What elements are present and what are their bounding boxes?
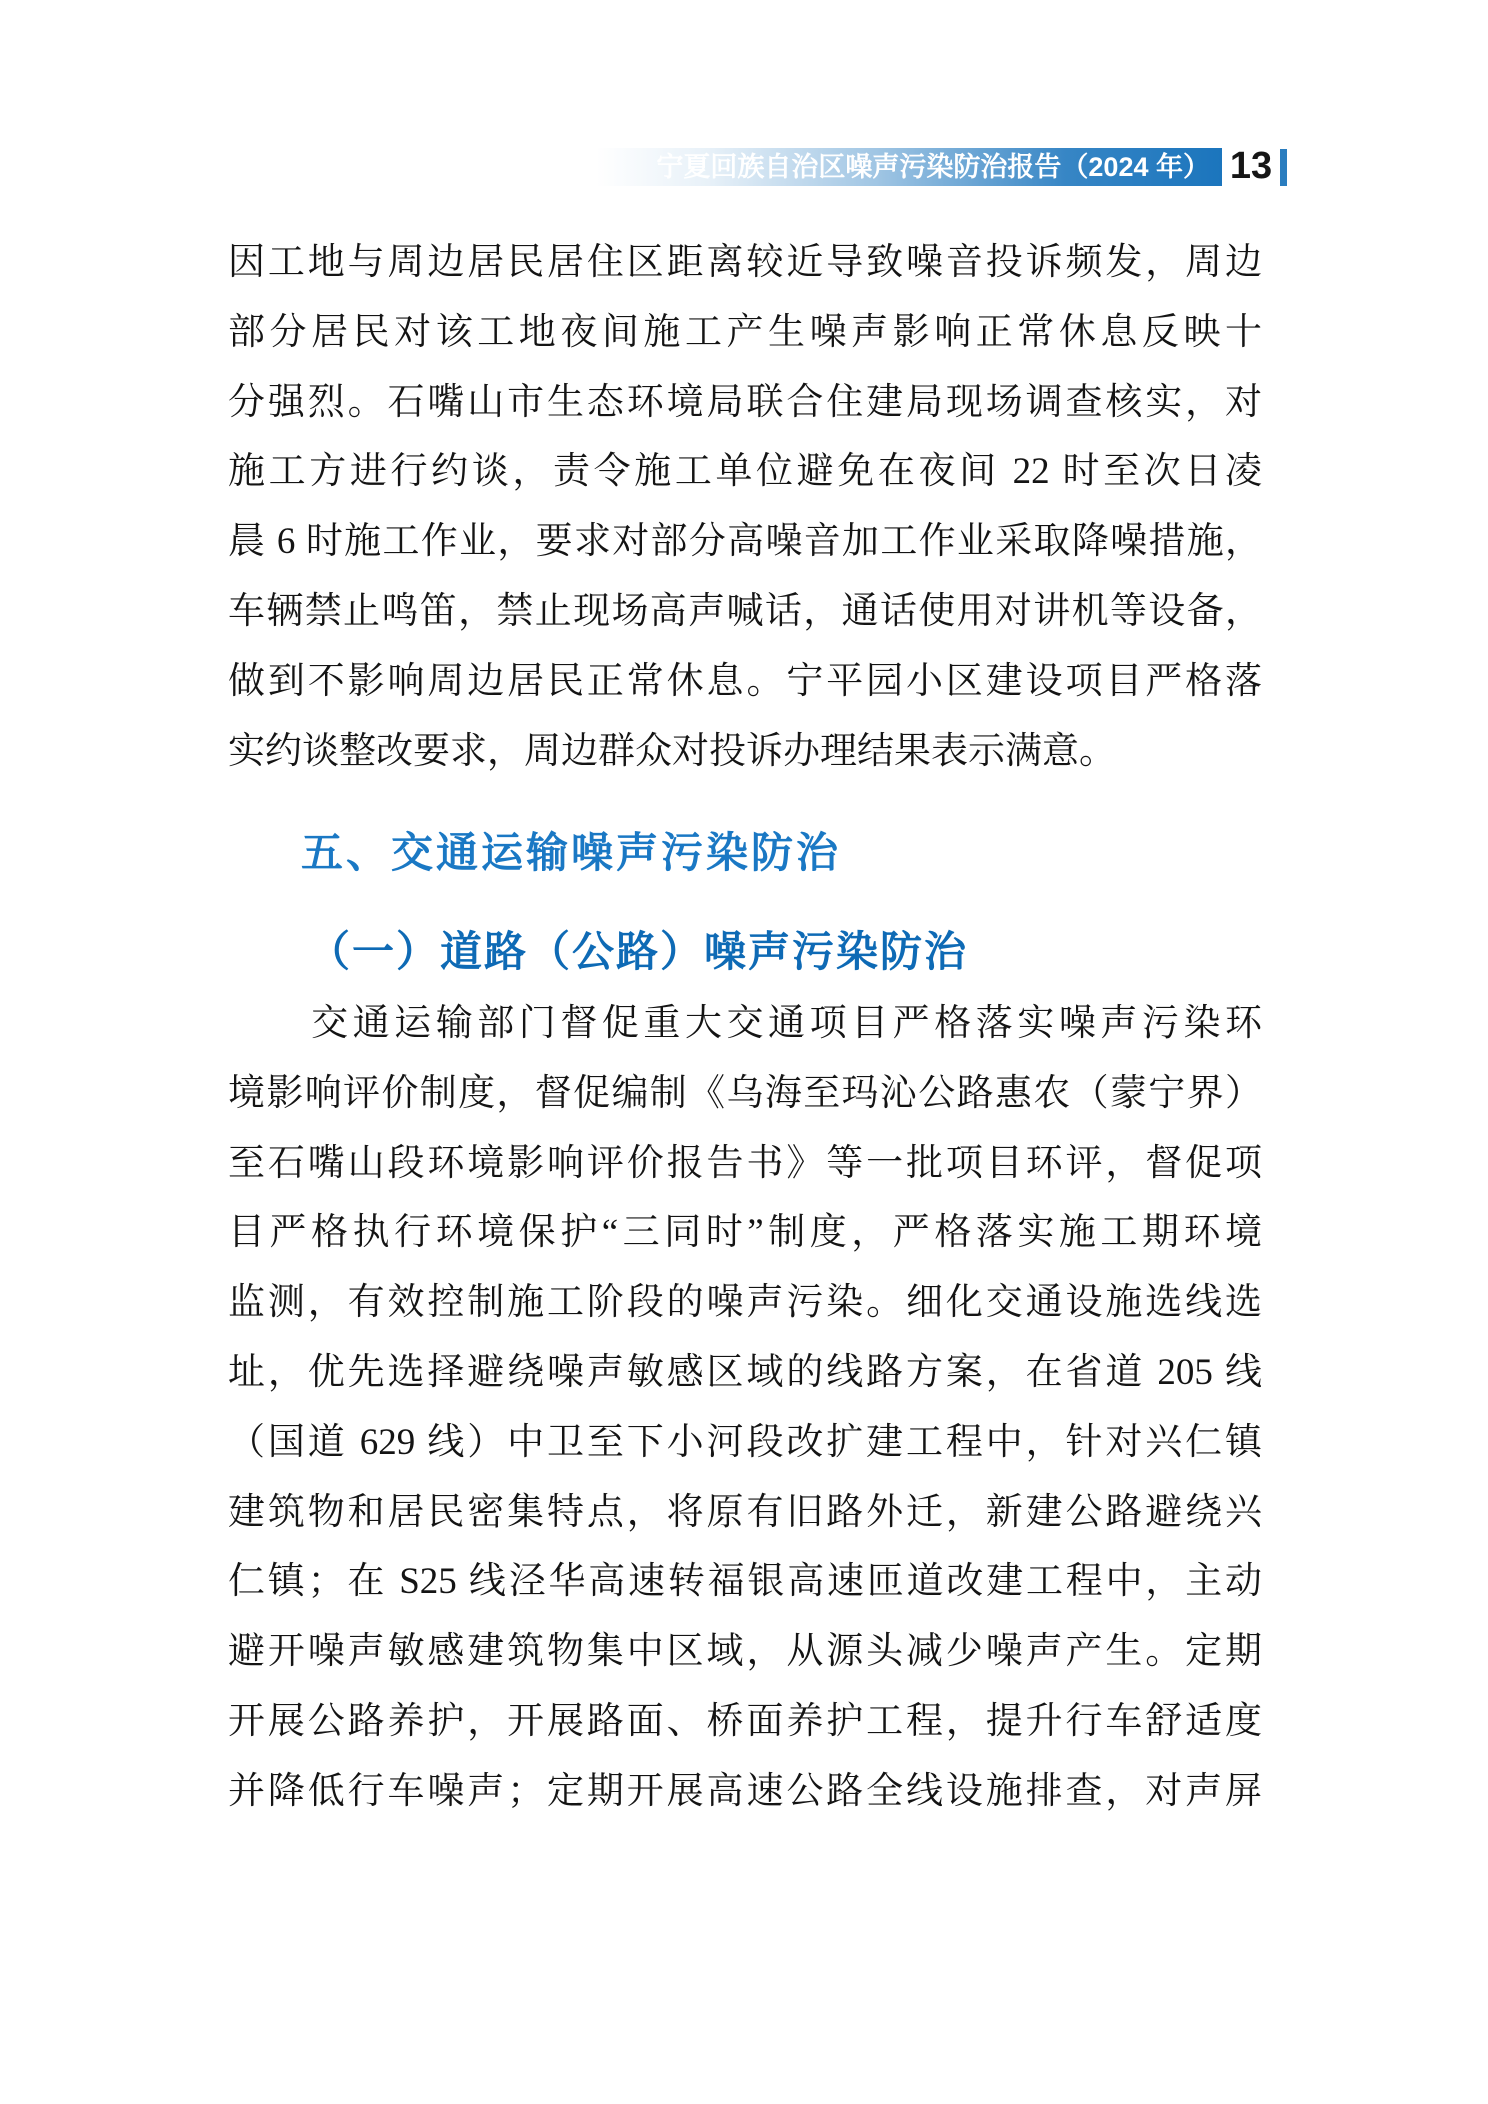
text-line: 实约谈整改要求，周边群众对投诉办理结果表示满意。 xyxy=(228,717,1262,787)
header-accent-rule xyxy=(1280,149,1287,186)
text-line: 避开噪声敏感建筑物集中区域，从源头减少噪声产生。定期 xyxy=(228,1617,1262,1687)
header-title-bar: 宁夏回族自治区噪声污染防治报告（2024 年） xyxy=(596,148,1222,186)
document-page: 宁夏回族自治区噪声污染防治报告（2024 年） 13 因工地与周边居民居住区距离… xyxy=(0,0,1488,2104)
text-line: 并降低行车噪声；定期开展高速公路全线设施排查，对声屏 xyxy=(228,1757,1262,1827)
text-line: 施工方进行约谈，责令施工单位避免在夜间 22 时至次日凌 xyxy=(228,437,1262,507)
text-line: 境影响评价制度，督促编制《乌海至玛沁公路惠农（蒙宁界） xyxy=(228,1059,1262,1129)
text-line: 目严格执行环境保护“三同时”制度，严格落实施工期环境 xyxy=(228,1198,1262,1268)
page-number: 13 xyxy=(1226,146,1276,186)
text-line: 监测，有效控制施工阶段的噪声污染。细化交通设施选线选 xyxy=(228,1268,1262,1338)
text-line: （国道 629 线）中卫至下小河段改扩建工程中，针对兴仁镇 xyxy=(228,1408,1262,1478)
text-line: 仁镇；在 S25 线泾华高速转福银高速匝道改建工程中，主动 xyxy=(228,1547,1262,1617)
paragraph-road-noise: 交通运输部门督促重大交通项目严格落实噪声污染环境影响评价制度，督促编制《乌海至玛… xyxy=(228,989,1262,1827)
text-line: 车辆禁止鸣笛，禁止现场高声喊话，通话使用对讲机等设备， xyxy=(228,577,1262,647)
paragraph-construction-noise: 因工地与周边居民居住区距离较近导致噪音投诉频发，周边部分居民对该工地夜间施工产生… xyxy=(228,228,1262,786)
subsection-heading: （一）道路（公路）噪声污染防治 xyxy=(308,926,968,980)
text-line: 至石嘴山段环境影响评价报告书》等一批项目环评，督促项 xyxy=(228,1129,1262,1199)
text-line: 址，优先选择避绕噪声敏感区域的线路方案，在省道 205 线 xyxy=(228,1338,1262,1408)
text-line: 交通运输部门督促重大交通项目严格落实噪声污染环 xyxy=(228,989,1262,1059)
text-line: 分强烈。石嘴山市生态环境局联合住建局现场调查核实，对 xyxy=(228,368,1262,438)
text-line: 做到不影响周边居民正常休息。宁平园小区建设项目严格落 xyxy=(228,647,1262,717)
header-title: 宁夏回族自治区噪声污染防治报告（2024 年） xyxy=(656,154,1210,181)
text-line: 建筑物和居民密集特点，将原有旧路外迁，新建公路避绕兴 xyxy=(228,1478,1262,1548)
text-line: 因工地与周边居民居住区距离较近导致噪音投诉频发，周边 xyxy=(228,228,1262,298)
text-line: 晨 6 时施工作业，要求对部分高噪音加工作业采取降噪措施， xyxy=(228,507,1262,577)
section-heading: 五、交通运输噪声污染防治 xyxy=(301,827,841,879)
text-line: 部分居民对该工地夜间施工产生噪声影响正常休息反映十 xyxy=(228,298,1262,368)
text-line: 开展公路养护，开展路面、桥面养护工程，提升行车舒适度 xyxy=(228,1687,1262,1757)
